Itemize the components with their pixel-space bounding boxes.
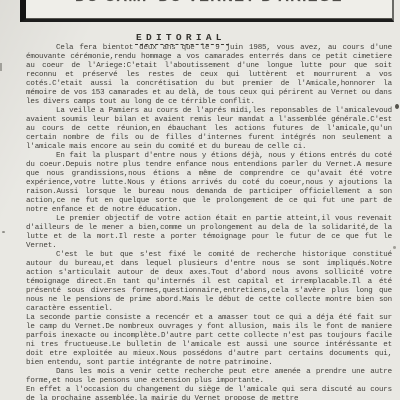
scan-speck — [393, 246, 396, 249]
editorial-paragraph: Cela fera bientot deux ans que le 9 juin… — [26, 44, 392, 107]
editorial-paragraph: C'est le but que s'est fixé le comité de… — [26, 251, 392, 314]
masthead-box: DU CAMP DU VERNET D'ARIÈGE 1-1987 — [20, 0, 394, 22]
editorial-paragraph: La veille a Pamiers au cours de l'aprés … — [26, 107, 392, 152]
scanned-document-page: DU CAMP DU VERNET D'ARIÈGE 1-1987 EDITOR… — [0, 0, 400, 400]
editorial-paragraph: Dans les mois a venir cette recherche pe… — [26, 368, 392, 386]
scan-speck — [395, 104, 399, 109]
scan-speck — [0, 63, 2, 71]
editorial-paragraph: En effet a l'occasion du changement du s… — [26, 386, 392, 400]
editorial-paragraph: Le premier objectif de votre action étai… — [26, 215, 392, 251]
editorial-paragraph: La seconde partie consiste a recencér et… — [26, 314, 392, 368]
bulletin-title: DU CAMP DU VERNET D'ARIÈGE — [26, 0, 392, 5]
scan-speck — [2, 231, 5, 233]
editorial-body: Cela fera bientot deux ans que le 9 juin… — [26, 44, 392, 400]
editorial-heading-row: EDITORIAL — [0, 27, 400, 45]
editorial-paragraph: En fait la pluspart d'entre nous y étion… — [26, 152, 392, 215]
